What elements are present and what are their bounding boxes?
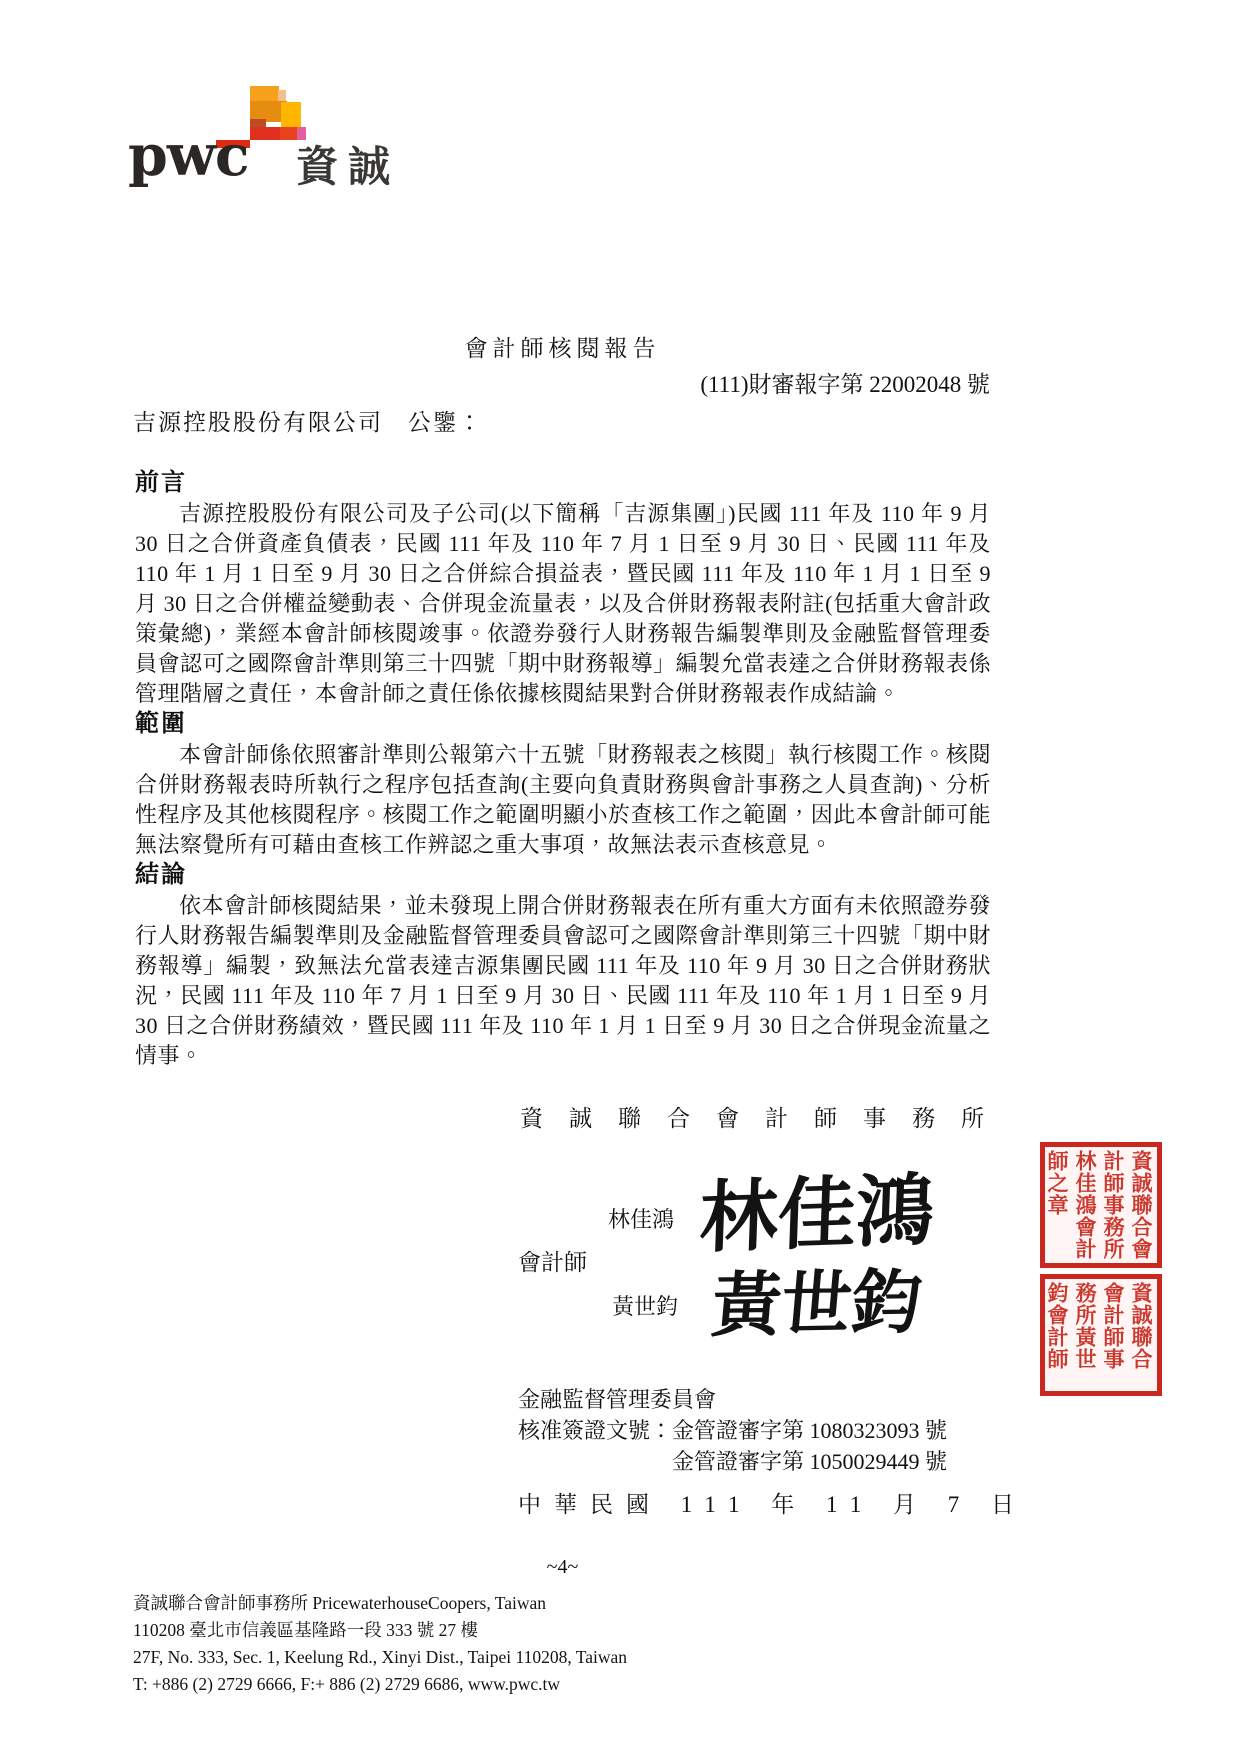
pwc-cjk-name: 資誠 <box>296 134 400 194</box>
firm-name: 資誠聯合會計師事務所 <box>520 1100 1010 1133</box>
section-heading-scope: 範圍 <box>135 709 991 740</box>
cpa1-printed-name: 林佳鴻 <box>608 1203 674 1234</box>
addressee-line: 吉源控股股份有限公司 公鑒： <box>133 404 483 437</box>
approval-block: 金融監督管理委員會 核准簽證文號： 金管證審字第 1080323093 號 金管… <box>518 1384 947 1477</box>
cpa1-red-seal: 資誠聯合會計師事務所林佳鴻會計師之章 <box>1040 1142 1162 1268</box>
footer-address-zh: 110208 臺北市信義區基隆路一段 333 號 27 樓 <box>133 1617 627 1644</box>
approval-number-2: 金管證審字第 1050029449 號 <box>672 1446 947 1477</box>
cpa2-red-seal: 資誠聯合會計師事務所黃世鈞會計師之章 <box>1040 1274 1162 1396</box>
footer-address-en: 27F, No. 333, Sec. 1, Keelung Rd., Xinyi… <box>133 1644 627 1671</box>
section-heading-foreword: 前言 <box>135 468 991 499</box>
approval-label: 核准簽證文號： <box>518 1415 672 1477</box>
report-body: 前言 吉源控股股份有限公司及子公司(以下簡稱「吉源集團」)民國 111 年及 1… <box>135 468 991 1071</box>
audit-report-page: pwc 資誠 會計師核閱報告 (111)財審報字第 22002048 號 吉源控… <box>0 0 1240 1754</box>
pwc-wordmark: pwc <box>128 122 249 189</box>
section-body-foreword: 吉源控股股份有限公司及子公司(以下簡稱「吉源集團」)民國 111 年及 110 … <box>135 499 991 709</box>
document-title: 會計師核閱報告 <box>135 330 990 363</box>
section-body-conclusion: 依本會計師核閱結果，並未發現上開合併財務報表在所有重大方面有未依照證券發行人財務… <box>135 891 991 1071</box>
footer-firm-line: 資誠聯合會計師事務所 PricewaterhouseCoopers, Taiwa… <box>133 1590 627 1617</box>
section-heading-conclusion: 結論 <box>135 860 991 891</box>
cpa2-seal-text: 資誠聯合會計師事務所黃世鈞會計師之章 <box>1047 1282 1155 1388</box>
report-date-line: 中華民國 111 年 11 月 7 日 <box>518 1486 1027 1519</box>
cpa2-printed-name: 黃世鈞 <box>612 1290 678 1321</box>
cpa-title-label: 會計師 <box>518 1244 587 1277</box>
cpa2-handwritten-signature: 黃世鈞 <box>708 1246 927 1351</box>
approval-number-1: 金管證審字第 1080323093 號 <box>672 1415 947 1446</box>
cpa1-seal-text: 資誠聯合會計師事務所林佳鴻會計師之章 <box>1047 1150 1155 1260</box>
footer-contact: T: +886 (2) 2729 6666, F:+ 886 (2) 2729 … <box>133 1671 627 1698</box>
report-number: (111)財審報字第 22002048 號 <box>135 366 990 399</box>
section-body-scope: 本會計師係依照審計準則公報第六十五號「財務報表之核閱」執行核閱工作。核閱合併財務… <box>135 740 991 860</box>
regulator-name: 金融監督管理委員會 <box>518 1384 947 1415</box>
letterhead-footer: 資誠聯合會計師事務所 PricewaterhouseCoopers, Taiwa… <box>133 1590 627 1698</box>
page-number: ~4~ <box>135 1556 990 1579</box>
pwc-logo: pwc 資誠 <box>128 78 428 198</box>
